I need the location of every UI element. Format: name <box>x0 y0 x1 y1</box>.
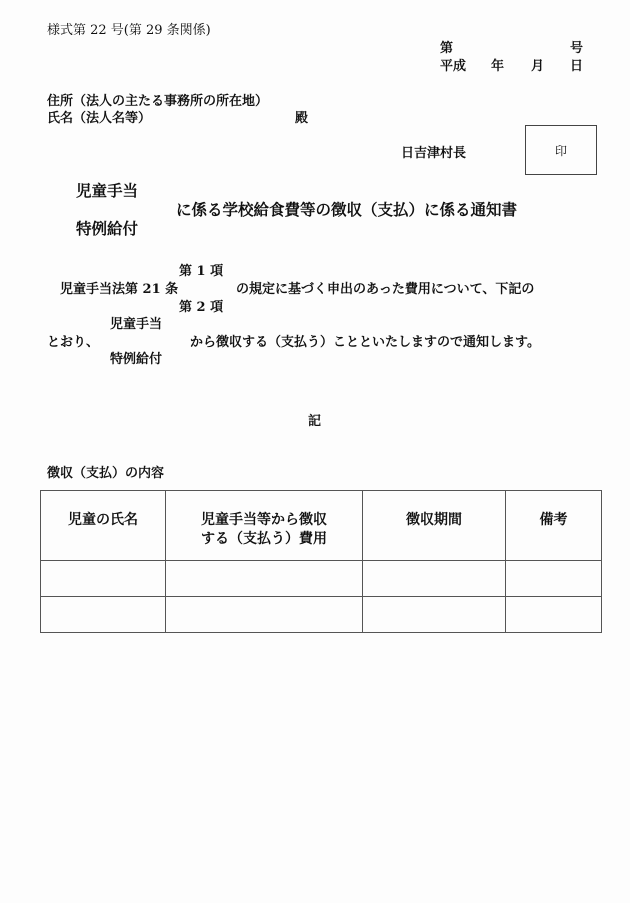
ki-heading: 記 <box>308 414 321 430</box>
table-header-row: 児童の氏名 児童手当等から徴収 する（支払う）費用 徴収期間 備考 <box>41 491 602 561</box>
cell-remarks[interactable] <box>506 597 602 633</box>
cell-cost[interactable] <box>166 561 363 597</box>
title-option-child-allowance: 児童手当 <box>76 182 138 200</box>
header-period: 徴収期間 <box>363 491 506 561</box>
cell-cost[interactable] <box>166 597 363 633</box>
body-line2: から徴収する（支払う）ことといたしますので通知します。 <box>190 335 540 351</box>
cell-child-name[interactable] <box>41 561 166 597</box>
doc-number-prefix: 第 <box>440 41 453 57</box>
header-cost-line1: 児童手当等から徴収 <box>166 511 362 530</box>
table-row <box>41 561 602 597</box>
body-option-child-allowance: 児童手当 <box>110 317 162 333</box>
body-line1: の規定に基づく申出のあった費用について、下記の <box>236 282 534 298</box>
body-line2-start: とおり、 <box>47 335 99 351</box>
cell-child-name[interactable] <box>41 597 166 633</box>
document-title: に係る学校給食費等の徴収（支払）に係る通知書 <box>176 201 517 219</box>
date-era: 平成 <box>440 59 466 75</box>
name-label: 氏名（法人名等） <box>47 111 151 127</box>
collection-details-table: 児童の氏名 児童手当等から徴収 する（支払う）費用 徴収期間 備考 <box>40 490 602 633</box>
body-option-special-benefit: 特例給付 <box>110 352 162 368</box>
seal-box: 印 <box>525 125 597 175</box>
table-row <box>41 597 602 633</box>
law-reference: 児童手当法第 21 条 <box>60 282 178 298</box>
header-cost-line2: する（支払う）費用 <box>166 530 362 549</box>
doc-number-suffix: 号 <box>570 41 583 57</box>
date-year: 年 <box>491 59 504 75</box>
header-child-name: 児童の氏名 <box>41 491 166 561</box>
header-cost: 児童手当等から徴収 する（支払う）費用 <box>166 491 363 561</box>
form-number: 様式第 22 号(第 29 条関係) <box>47 23 211 39</box>
seal-label: 印 <box>555 142 567 159</box>
title-option-special-benefit: 特例給付 <box>76 220 138 238</box>
date-day: 日 <box>570 59 583 75</box>
clause-1: 第 1 項 <box>179 264 223 280</box>
sender-title: 日吉津村長 <box>401 146 466 162</box>
section-label: 徴収（支払）の内容 <box>47 466 164 482</box>
cell-period[interactable] <box>363 597 506 633</box>
cell-remarks[interactable] <box>506 561 602 597</box>
cell-period[interactable] <box>363 561 506 597</box>
honorific: 殿 <box>295 111 308 127</box>
clause-2: 第 2 項 <box>179 300 223 316</box>
date-month: 月 <box>531 59 544 75</box>
header-remarks: 備考 <box>506 491 602 561</box>
address-label: 住所（法人の主たる事務所の所在地） <box>47 94 268 110</box>
